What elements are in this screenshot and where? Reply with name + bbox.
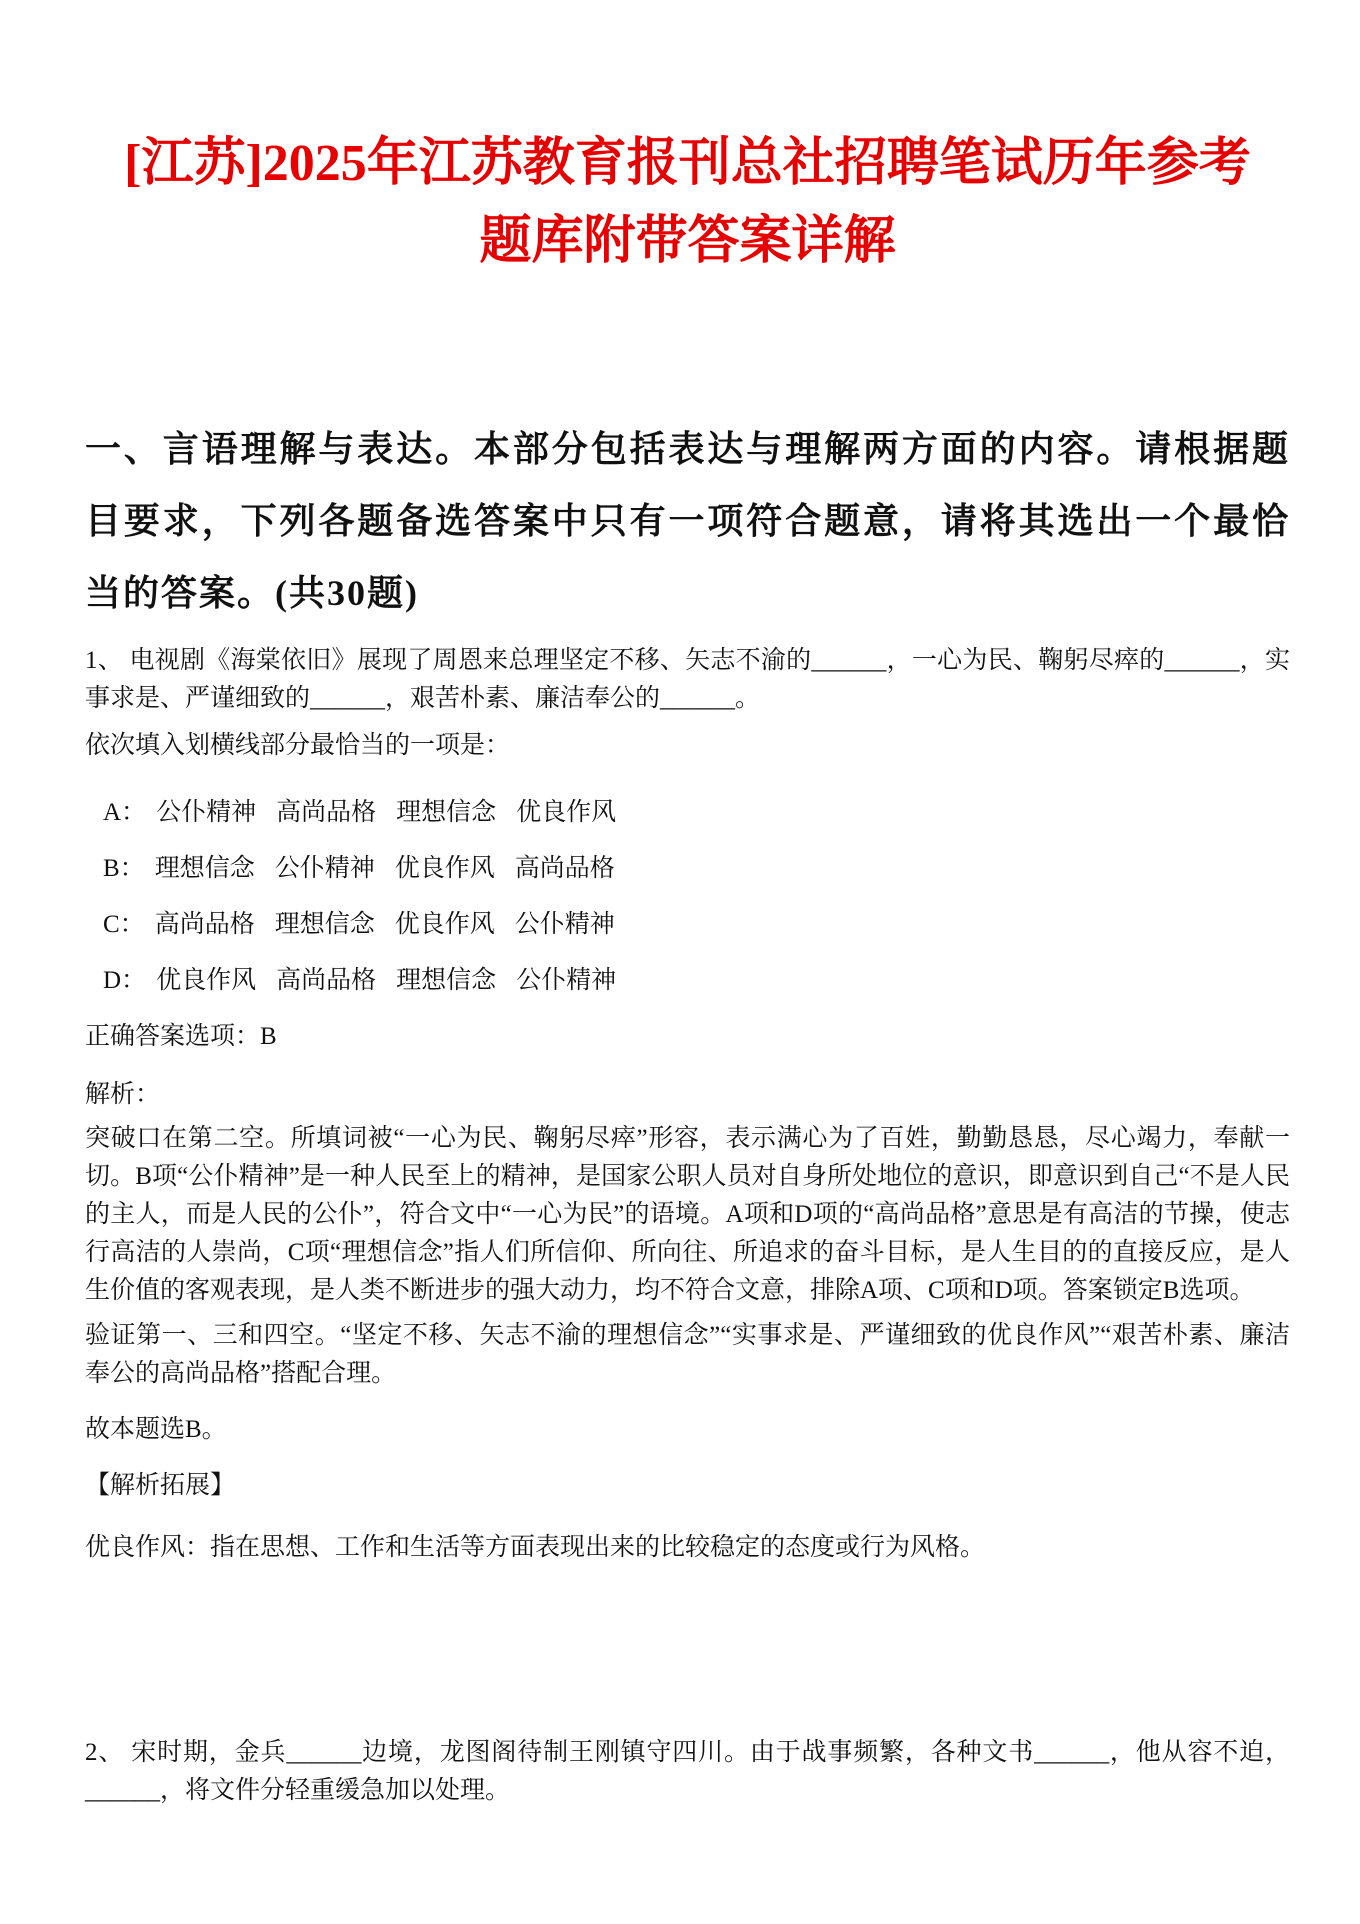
option-row-d: D： 优良作风 高尚品格 理想信念 公仆精神: [103, 962, 1290, 1000]
option-item: 理想信念: [396, 962, 496, 1000]
expansion-text: 优良作风：指在思想、工作和生活等方面表现出来的比较稳定的态度或行为风格。: [85, 1529, 1290, 1567]
section-heading: 一、言语理解与表达。本部分包括表达与理解两方面的内容。请根据题目要求，下列各题备…: [85, 413, 1290, 629]
analysis-paragraph-2: 验证第一、三和四空。“坚定不移、矢志不渝的理想信念”“实事求是、严谨细致的优良作…: [85, 1317, 1290, 1393]
question-count-note: (共30题): [275, 573, 419, 613]
title-line-1: [江苏]2025年江苏教育报刊总社招聘笔试历年参考: [85, 125, 1290, 203]
option-item: 公仆精神: [515, 906, 615, 944]
option-item: 理想信念: [155, 850, 255, 888]
section-heading-text: 一、言语理解与表达。本部分包括表达与理解两方面的内容。请根据题目要求，下列各题备…: [85, 429, 1290, 613]
option-a-label: A：: [103, 794, 146, 832]
option-c-label: C：: [103, 906, 145, 944]
option-a-items: 公仆精神 高尚品格 理想信念 优良作风: [156, 794, 616, 832]
analysis-label: 解析：: [85, 1076, 1290, 1114]
option-row-b: B： 理想信念 公仆精神 优良作风 高尚品格: [103, 850, 1290, 888]
option-d-items: 优良作风 高尚品格 理想信念 公仆精神: [156, 962, 616, 1000]
option-item: 高尚品格: [155, 906, 255, 944]
option-item: 优良作风: [395, 906, 495, 944]
answer-label: 正确答案选项：: [85, 1023, 260, 1050]
expansion-heading: 【解析拓展】: [85, 1467, 1290, 1505]
option-b-items: 理想信念 公仆精神 优良作风 高尚品格: [155, 850, 615, 888]
question1-stem: 1、 电视剧《海棠依旧》展现了周恩来总理坚定不移、矢志不渝的______，一心为…: [85, 642, 1290, 718]
option-c-items: 高尚品格 理想信念 优良作风 公仆精神: [155, 906, 615, 944]
option-item: 公仆精神: [516, 962, 616, 1000]
option-row-a: A： 公仆精神 高尚品格 理想信念 优良作风: [103, 794, 1290, 832]
option-item: 理想信念: [275, 906, 375, 944]
answer-line: 正确答案选项：B: [85, 1018, 1290, 1056]
title-line-2: 题库附带答案详解: [85, 203, 1290, 281]
option-item: 理想信念: [396, 794, 496, 832]
option-item: 高尚品格: [515, 850, 615, 888]
question1-options: A： 公仆精神 高尚品格 理想信念 优良作风 B： 理想信念 公仆精神 优良作风…: [85, 794, 1290, 1000]
option-item: 高尚品格: [276, 962, 376, 1000]
option-row-c: C： 高尚品格 理想信念 优良作风 公仆精神: [103, 906, 1290, 944]
question2-stem: 2、 宋时期，金兵______边境，龙图阁待制王刚镇守四川。由于战事频繁，各种文…: [85, 1734, 1290, 1810]
option-b-label: B：: [103, 850, 145, 888]
answer-value: B: [260, 1023, 277, 1050]
option-item: 优良作风: [516, 794, 616, 832]
analysis-paragraph-1: 突破口在第二空。所填词被“一心为民、鞠躬尽瘁”形容，表示满心为了百姓，勤勤恳恳，…: [85, 1120, 1290, 1310]
option-item: 公仆精神: [275, 850, 375, 888]
question1-prompt: 依次填入划横线部分最恰当的一项是：: [85, 727, 1290, 765]
document-page: [江苏]2025年江苏教育报刊总社招聘笔试历年参考 题库附带答案详解 一、言语理…: [0, 0, 1360, 1924]
option-item: 优良作风: [395, 850, 495, 888]
analysis-conclusion: 故本题选B。: [85, 1411, 1290, 1449]
document-title: [江苏]2025年江苏教育报刊总社招聘笔试历年参考 题库附带答案详解: [85, 125, 1290, 281]
option-item: 高尚品格: [276, 794, 376, 832]
option-item: 公仆精神: [156, 794, 256, 832]
option-d-label: D：: [103, 962, 146, 1000]
option-item: 优良作风: [156, 962, 256, 1000]
